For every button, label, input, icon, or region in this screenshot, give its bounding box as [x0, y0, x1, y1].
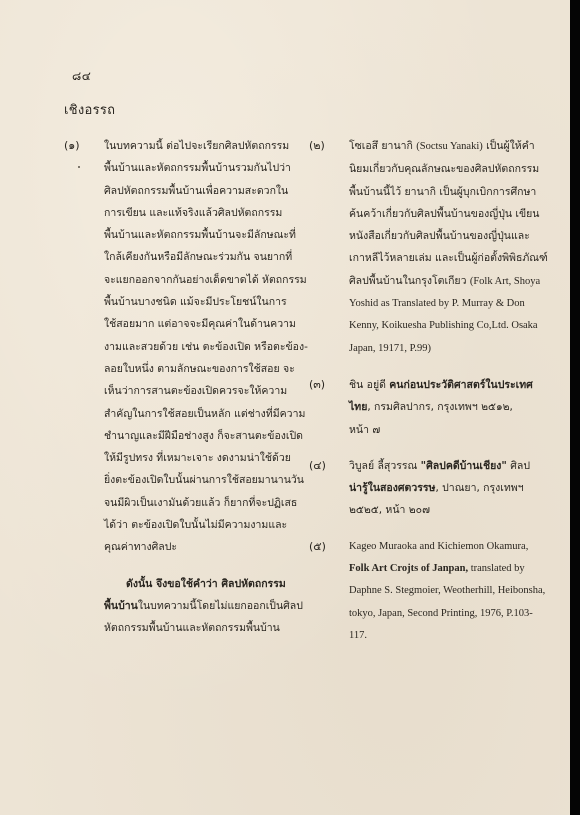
footnote-line: พื้นบ้านและหัตถกรรมพื้นบ้านจะมีลักษณะที่	[104, 224, 300, 246]
footnote-line: tokyo, Japan, Second Printing, 1976, P.1…	[349, 603, 559, 625]
footnote-1: (๑) ในบทความนี้ ต่อไปจะเรียกศิลปหัตถกรรม…	[64, 135, 300, 559]
footnote-line: Kenny, Koikuesha Publishing Co,Ltd. Osak…	[349, 315, 559, 337]
footnote-author: ชิน อยู่ดี	[349, 379, 389, 391]
footnote-line: จะแยกออกจากกันอย่างเด็ดขาดได้ หัตถกรรม	[104, 269, 300, 291]
footnote-line: โซเอสึ ยานากิ (Soctsu Yanaki) เป็นผู้ให้…	[349, 135, 559, 158]
footnote-line: หน้า ๗	[349, 419, 559, 441]
footnote-title: น่ารู้ในสองศตวรรษ	[349, 482, 435, 494]
footnote-text: , ปาณยา, กรุงเทพฯ	[435, 482, 523, 494]
footnote-line: ศิลปพื้นบ้านในกรุงโตเกียว (Folk Art, Sho…	[349, 270, 559, 293]
footnote-line: จนมีผิวเป็นเงามันด้วยแล้ว ก็ยากที่จะปฏิเ…	[104, 492, 300, 514]
footnote-line: เกาหลีไว้หลายเล่ม และเป็นผู้ก่อตั้งพิพิธ…	[349, 247, 559, 269]
footnote-line: Daphne S. Stegmoier, Weotherhill, Heibon…	[349, 580, 559, 602]
footnote-marker: (๒)	[309, 135, 325, 157]
footnote-line: ได้ว่า ตะข้องเปิดใบนั้นไม่มีความงามและ	[104, 514, 300, 536]
footnote-line: ยิ่งตะข้องเปิดใบนั้นผ่านการใช้สอยมานานวั…	[104, 469, 300, 491]
footnote-line: การเขียน และแท้จริงแล้วศิลปหัตถกรรม	[104, 202, 300, 224]
footnote-line: พื้นบ้านบางชนิด แม้จะมีประโยชน์ในการ	[104, 291, 300, 313]
footnote-title: "ศิลปคดีบ้านเชียง"	[421, 460, 507, 472]
footnote-text: เป็นผู้ให้คำ	[483, 140, 535, 152]
footnote-line: วิบูลย์ ลี้สุวรรณ "ศิลปคดีบ้านเชียง" ศิล…	[349, 455, 559, 477]
bold-term: พื้นบ้าน	[104, 600, 138, 612]
footnote-marker: (๔)	[309, 455, 326, 477]
footnote-line: ในบทความนี้ ต่อไปจะเรียกศิลปหัตถกรรม	[104, 135, 300, 157]
footnote-text: โซเอสึ ยานากิ	[349, 140, 416, 152]
footnote-line: ศิลปหัตถกรรมพื้นบ้านเพื่อความสะดวกใน	[104, 180, 300, 202]
footnote-line: Kageo Muraoka and Kichiemon Okamura,	[349, 536, 559, 558]
page-number: ๘๔	[72, 67, 91, 86]
right-column: (๒) โซเอสึ ยานากิ (Soctsu Yanaki) เป็นผู…	[309, 135, 559, 661]
conclusion-line: ดังนั้น จึงขอใช้คำว่า ศิลปหัตถกรรม	[104, 573, 300, 595]
footnote-line: นิยมเกี่ยวกับคุณลักษณะของศิลปหัตถกรรม	[349, 158, 559, 180]
left-column: (๑) ในบทความนี้ ต่อไปจะเรียกศิลปหัตถกรรม…	[64, 135, 300, 640]
footnote-title: คนก่อนประวัติศาสตร์ในประเทศ	[389, 379, 533, 391]
conclusion-line: หัตถกรรมพื้นบ้านและหัตถกรรมพื้นบ้าน	[104, 617, 300, 639]
footnote-line: ชิน อยู่ดี คนก่อนประวัติศาสตร์ในประเทศ	[349, 374, 559, 396]
footnote-line: หนังสือเกี่ยวกับศิลปพื้นบ้านของญี่ปุ่นแล…	[349, 225, 559, 247]
footnote-title: Folk Art Crojts of Janpan,	[349, 563, 468, 574]
conclusion-paragraph: ดังนั้น จึงขอใช้คำว่า ศิลปหัตถกรรม พื้นบ…	[64, 573, 300, 640]
footnote-line: Folk Art Crojts of Janpan, translated by	[349, 558, 559, 580]
footnote-line: ใกล้เคียงกันหรือมีลักษณะร่วมกัน จนยากที่	[104, 246, 300, 268]
conclusion-line: พื้นบ้านในบทความนี้โดยไม่แยกออกเป็นศิลป	[104, 595, 300, 617]
footnote-line: คุณค่าทางศิลปะ	[104, 536, 300, 558]
footnote-line: พื้นบ้านนี้ไว้ ยานากิ เป็นผู้บุกเบิกการศ…	[349, 181, 559, 203]
footnote-marker: (๑)	[64, 135, 80, 157]
footnote-text: ศิลป	[507, 460, 530, 472]
footnote-marker: (๓)	[309, 374, 325, 396]
footnote-text: ศิลปพื้นบ้านในกรุงโตเกียว	[349, 275, 470, 287]
conclusion-text: ในบทความนี้โดยไม่แยกออกเป็นศิลป	[138, 600, 303, 612]
footnote-latin-text: (Soctsu Yanaki)	[416, 141, 483, 152]
footnote-line: เห็นว่าการสานตะข้องเปิดควรจะให้ความ	[104, 380, 300, 402]
footnote-line: ลอยใบหนึ่ง ตามลักษณะของการใช้สอย จะ	[104, 358, 300, 380]
footnote-5: (๕) Kageo Muraoka and Kichiemon Okamura,…	[309, 536, 559, 647]
footnote-line: ๒๕๒๕, หน้า ๒๐๗	[349, 499, 559, 521]
footnote-line: ชำนาญและมีฝีมือช่างสูง ก็จะสานตะข้องเปิด	[104, 425, 300, 447]
footnote-text: translated by	[468, 563, 525, 574]
footnote-title: ไทย	[349, 401, 367, 413]
footnote-author: วิบูลย์ ลี้สุวรรณ	[349, 460, 421, 472]
footnote-latin-text: (Folk Art, Shoya	[470, 276, 540, 287]
footnote-line: ใช้สอยมาก แต่อาจจะมีคุณค่าในด้านความ	[104, 313, 300, 335]
footnote-3: (๓) ชิน อยู่ดี คนก่อนประวัติศาสตร์ในประเ…	[309, 374, 559, 441]
footnote-line: สำคัญในการใช้สอยเป็นหลัก แต่ช่างที่มีควา…	[104, 403, 300, 425]
footnote-line: พื้นบ้านและหัตถกรรมพื้นบ้านรวมกันไปว่า	[104, 157, 300, 179]
page-heading-footnotes: เชิงอรรถ	[64, 99, 115, 120]
footnote-4: (๔) วิบูลย์ ลี้สุวรรณ "ศิลปคดีบ้านเชียง"…	[309, 455, 559, 522]
footnote-line: ค้นคว้าเกี่ยวกับศิลปพื้นบ้านของญี่ปุ่น เ…	[349, 203, 559, 225]
footnote-2: (๒) โซเอสึ ยานากิ (Soctsu Yanaki) เป็นผู…	[309, 135, 559, 360]
footnote-line: 117.	[349, 625, 559, 647]
footnote-line: ให้มีรูปทรง ที่เหมาะเจาะ งดงามน่าใช้ด้วย	[104, 447, 300, 469]
scan-edge-shadow	[570, 0, 580, 815]
footnote-line: น่ารู้ในสองศตวรรษ, ปาณยา, กรุงเทพฯ	[349, 477, 559, 499]
footnote-marker: (๕)	[309, 536, 326, 558]
footnote-line: Japan, 19171, P.99)	[349, 338, 559, 360]
footnote-line: ไทย, กรมศิลปากร, กรุงเทพฯ ๒๕๑๒,	[349, 396, 559, 418]
footnote-line: งามและสวยด้วย เช่น ตะข้องเปิด หรือตะข้อง…	[104, 336, 300, 358]
document-page: ๘๔ เชิงอรรถ (๑) ในบทความนี้ ต่อไปจะเรียก…	[0, 0, 570, 815]
footnote-text: , กรมศิลปากร, กรุงเทพฯ ๒๕๑๒,	[367, 401, 513, 413]
footnote-line: Yoshid as Translated by P. Murray & Don	[349, 293, 559, 315]
